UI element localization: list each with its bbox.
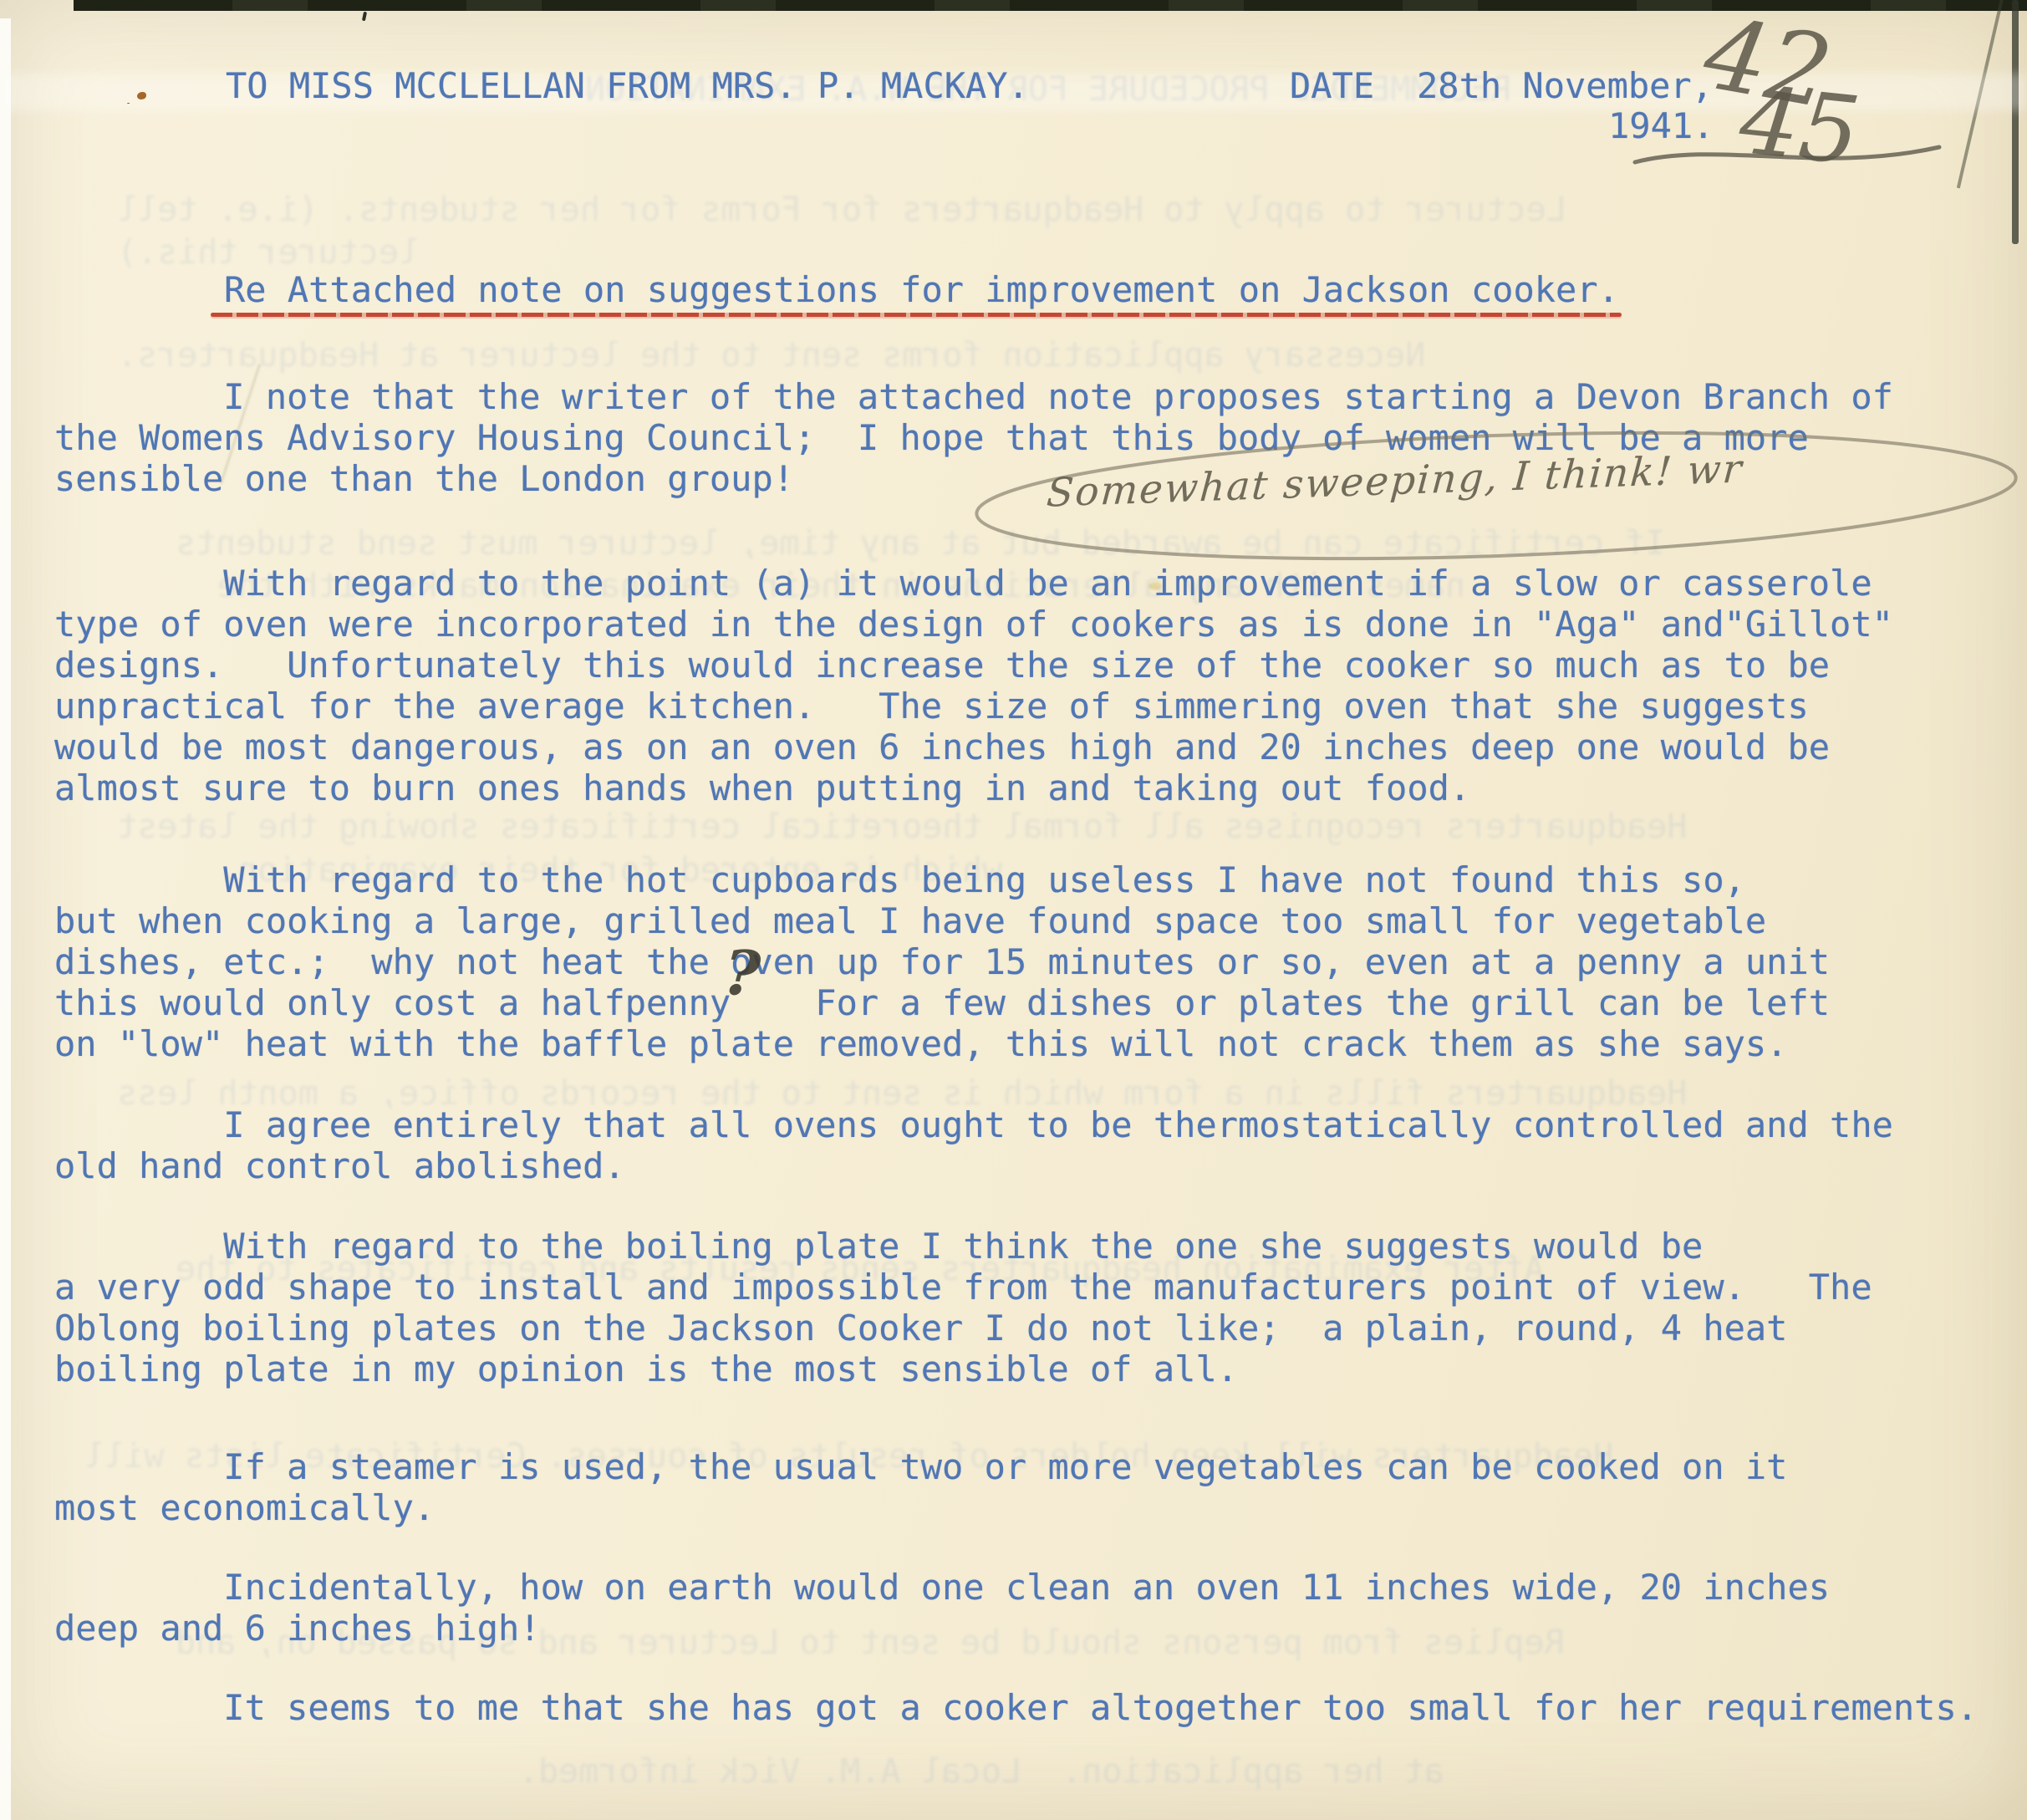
paragraph-cleaning-oven: Incidentally, how on earth would one cle… xyxy=(54,1567,2019,1649)
bleedthrough-line: Headquarters recognises all formal theor… xyxy=(117,808,1687,846)
scanned-memo-page: RECOMMENDED PROCEDURE FOR THE W.A. EXAMI… xyxy=(0,0,2027,1820)
bleedthrough-line: Lecturer to apply to Headquarters for Fo… xyxy=(117,191,1566,229)
pencil-question-mark: ? xyxy=(721,937,762,1012)
bleedthrough-line: at her application. Local A.M. Vick info… xyxy=(518,1752,1444,1791)
red-ink-underline xyxy=(211,313,1622,317)
bleedthrough-line: lecturer this.) xyxy=(117,233,419,272)
scan-left-margin xyxy=(0,18,11,1820)
paper-speck xyxy=(362,12,367,22)
memo-subject: Re Attached note on suggestions for impr… xyxy=(224,269,1619,310)
memo-date-label: DATE xyxy=(1290,65,1374,106)
pencil-strike-line xyxy=(1628,124,1946,182)
paragraph-hot-cupboards: With regard to the hot cupboards being u… xyxy=(54,859,2019,1064)
memo-date-value: 28th November, xyxy=(1417,65,1713,106)
memo-to-from: TO MISS MCCLELLAN FROM MRS. P. MACKAY. xyxy=(226,65,1029,106)
scan-right-edge xyxy=(2012,0,2019,244)
paragraph-thermostats: I agree entirely that all ovens ought to… xyxy=(54,1104,2019,1186)
paragraph-steamer: If a steamer is used, the usual two or m… xyxy=(54,1446,2019,1528)
paragraph-conclusion: It seems to me that she has got a cooker… xyxy=(54,1687,2019,1728)
bleedthrough-line: Necessary application forms sent to the … xyxy=(117,336,1425,375)
paragraph-casserole-oven: With regard to the point (a) it would be… xyxy=(54,563,2019,808)
paragraph-boiling-plate: With regard to the boiling plate I think… xyxy=(54,1226,2019,1389)
